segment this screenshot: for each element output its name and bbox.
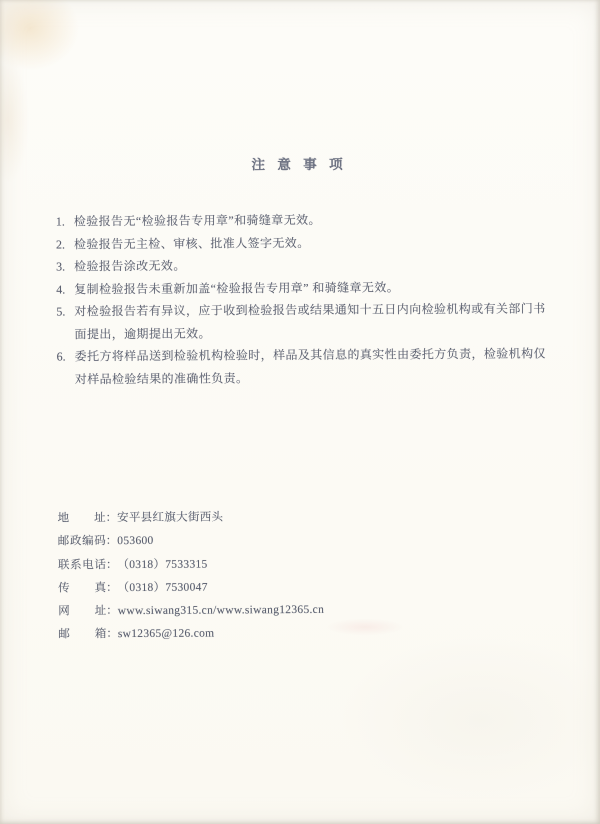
- contact-label: 网址: [58, 600, 106, 624]
- contact-label: 地址: [58, 507, 106, 531]
- contact-separator: ：: [106, 624, 118, 647]
- note-item: 3. 检验报告涂改无效。: [56, 252, 548, 278]
- contact-label: 联系电话: [58, 554, 106, 578]
- contact-separator: ：: [106, 554, 118, 577]
- contact-value: （0318）7533315: [117, 558, 207, 571]
- note-item: 6. 委托方将样品送到检验机构检验时，样品及其信息的真实性由委托方负责，检验机构…: [57, 342, 549, 390]
- contact-label: 传真: [58, 577, 106, 601]
- contact-separator: ：: [106, 507, 118, 530]
- note-number: 5.: [56, 300, 74, 345]
- document-page: 注 意 事 项 1. 检验报告无“检验报告专用章”和骑缝章无效。 2. 检验报告…: [0, 0, 600, 824]
- contact-label: 邮箱: [58, 624, 106, 648]
- contact-value: sw12365@126.com: [118, 628, 215, 641]
- note-item: 2. 检验报告无主检、审核、批准人签字无效。: [56, 230, 548, 256]
- notes-list: 1. 检验报告无“检验报告专用章”和骑缝章无效。 2. 检验报告无主检、审核、批…: [56, 207, 549, 390]
- contact-separator: ：: [106, 530, 118, 553]
- note-number: 6.: [57, 345, 75, 390]
- contact-label: 邮政编码: [58, 530, 106, 554]
- contact-value: www.siwang315.cn/www.siwang12365.cn: [118, 604, 324, 617]
- contact-row: 邮箱：sw12365@126.com: [58, 622, 324, 647]
- note-item: 5. 对检验报告若有异议，应于收到检验报告或结果通知十五日内向检验机构或有关部门…: [56, 297, 548, 345]
- contact-value: 安平县红旗大街西头: [117, 511, 223, 524]
- note-number: 4.: [56, 278, 74, 301]
- note-item: 4. 复制检验报告未重新加盖“检验报告专用章” 和骑缝章无效。: [56, 275, 548, 301]
- contact-row: 邮政编码：053600: [58, 529, 324, 554]
- note-number: 1.: [56, 210, 74, 233]
- contact-row: 地址：安平县红旗大街西头: [58, 506, 324, 531]
- contact-separator: ：: [106, 600, 118, 623]
- note-number: 3.: [56, 255, 74, 278]
- contact-separator: ：: [106, 577, 118, 600]
- note-text: 对检验报告若有异议，应于收到检验报告或结果通知十五日内向检验机构或有关部门书面提…: [74, 297, 548, 345]
- contact-row: 传真：（0318）7530047: [58, 576, 324, 601]
- note-text: 复制检验报告未重新加盖“检验报告专用章” 和骑缝章无效。: [74, 275, 548, 300]
- note-text: 委托方将样品送到检验机构检验时，样品及其信息的真实性由委托方负责，检验机构仅对样…: [75, 342, 549, 390]
- contact-row: 网址：www.siwang315.cn/www.siwang12365.cn: [58, 599, 324, 624]
- note-text: 检验报告无“检验报告专用章”和骑缝章无效。: [74, 207, 548, 232]
- contact-row: 联系电话：（0318）7533315: [58, 552, 324, 577]
- contact-block: 地址：安平县红旗大街西头 邮政编码：053600 联系电话：（0318）7533…: [58, 506, 325, 647]
- note-item: 1. 检验报告无“检验报告专用章”和骑缝章无效。: [56, 207, 548, 233]
- note-number: 2.: [56, 233, 74, 256]
- contact-value: （0318）7530047: [118, 581, 208, 594]
- page-title: 注 意 事 项: [0, 151, 599, 175]
- contact-value: 053600: [117, 535, 153, 547]
- note-text: 检验报告无主检、审核、批准人签字无效。: [74, 230, 548, 255]
- note-text: 检验报告涂改无效。: [74, 252, 548, 277]
